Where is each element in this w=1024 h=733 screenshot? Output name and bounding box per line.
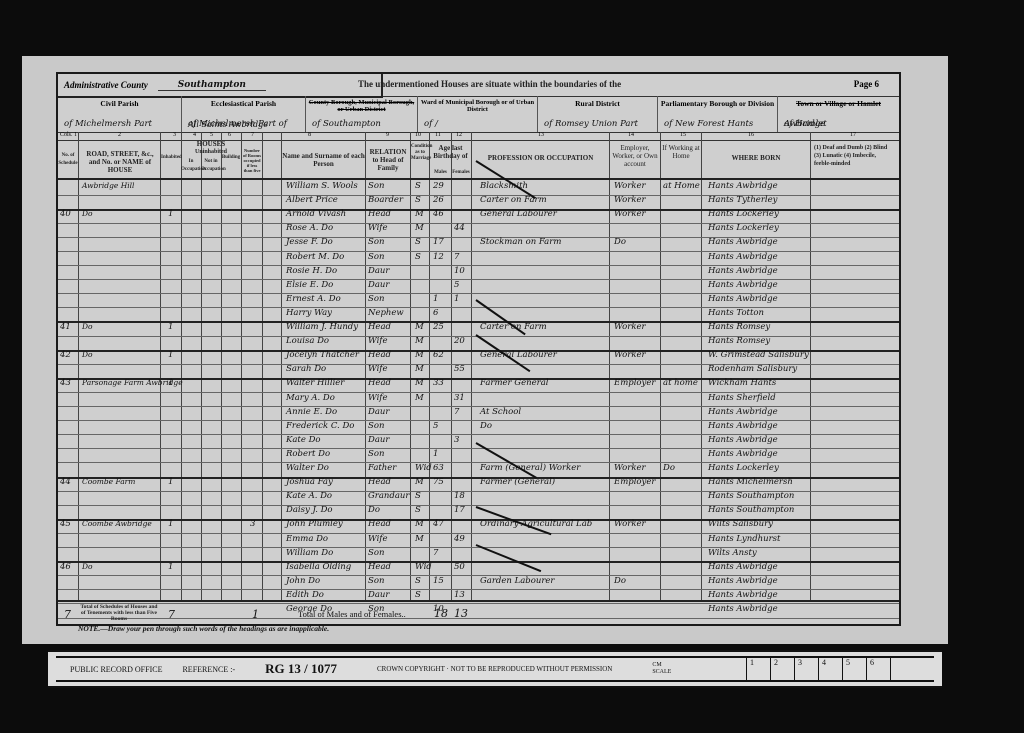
- relation-to-head: Daur: [368, 590, 389, 600]
- relation-to-head: Head: [368, 322, 391, 332]
- person-name: Jesse F. Do: [286, 237, 333, 247]
- cm-scale: 1 2 3 4 5 6: [746, 658, 934, 680]
- male-age: 12: [433, 252, 444, 262]
- employment-status: Worker: [614, 322, 646, 332]
- reference-number: RG 13 / 1077: [265, 661, 337, 677]
- marital-condition: M: [415, 350, 424, 360]
- employment-status: Worker: [614, 463, 646, 473]
- schedule-number: 44: [60, 477, 71, 487]
- male-age: 62: [433, 350, 444, 360]
- relation-to-head: Father: [368, 463, 396, 473]
- person-name: Robert M. Do: [286, 252, 344, 262]
- header-working-home: If Working at Home: [661, 144, 701, 160]
- relation-to-head: Head: [368, 477, 391, 487]
- relation-to-head: Daur: [368, 407, 389, 417]
- relation-to-head: Nephew: [368, 308, 404, 318]
- birthplace: Hants Romsey: [708, 336, 770, 346]
- birthplace: Hants Awbridge: [708, 562, 778, 572]
- employment-status: Employer: [614, 477, 655, 487]
- birthplace: Wilts Salisbury: [708, 519, 773, 529]
- marital-condition: S: [415, 576, 421, 586]
- birthplace: Hants Awbridge: [708, 266, 778, 276]
- birthplace: Hants Awbridge: [708, 421, 778, 431]
- birthplace: Hants Awbridge: [708, 435, 778, 445]
- employment-status: Employer: [614, 378, 655, 388]
- female-age: 17: [454, 505, 465, 515]
- header-inhabited: Inhabited: [161, 154, 181, 162]
- parliamentary-division-cell: Parliamentary Borough or Division of New…: [658, 96, 778, 132]
- employment-status: Do: [614, 237, 626, 247]
- person-name: Arnold Vivash: [286, 209, 346, 219]
- relation-to-head: Do: [368, 505, 380, 515]
- occupation: Carter on Farm: [480, 195, 547, 205]
- birthplace: Hants Awbridge: [708, 237, 778, 247]
- ecclesiastical-parish-value-2: of Michelmersh Part of: [188, 119, 287, 129]
- male-age: 17: [433, 237, 444, 247]
- person-name: John Do: [286, 576, 320, 586]
- female-age: 7: [454, 407, 459, 417]
- occupation: Stockman on Farm: [480, 237, 561, 247]
- col-num: 12: [456, 132, 462, 138]
- header-houses: HOUSES: [161, 140, 261, 148]
- header-employer: Employer, Worker, or Own account: [610, 144, 660, 168]
- person-name: Elsie E. Do: [286, 280, 333, 290]
- town-hamlet-label: Town or Village or Hamlet: [778, 99, 899, 108]
- col-num: 3: [173, 132, 176, 138]
- birthplace: Hants Lockerley: [708, 209, 779, 219]
- col-num: 6: [228, 132, 231, 138]
- column-headers: No. of Schedule ROAD, STREET, &c., and N…: [58, 140, 899, 180]
- scale-mark: 5: [842, 658, 866, 680]
- col-num: 8: [308, 132, 311, 138]
- person-name: Jocelyn Thatcher: [286, 350, 359, 360]
- relation-to-head: Son: [368, 181, 384, 191]
- marital-condition: Wid: [415, 562, 432, 572]
- ecclesiastical-parish-label: Ecclesiastical Parish: [182, 99, 305, 108]
- cm-scale-label: CM SCALE: [652, 662, 674, 676]
- female-age: 1: [454, 294, 459, 304]
- scale-mark: 4: [818, 658, 842, 680]
- male-age: 47: [433, 519, 444, 529]
- birthplace: Hants Awbridge: [708, 407, 778, 417]
- birthplace: Hants Awbridge: [708, 181, 778, 191]
- person-name: Rosie H. Do: [286, 266, 337, 276]
- form-title-row: Administrative County Southampton The un…: [58, 74, 899, 97]
- female-age: 3: [454, 435, 459, 445]
- male-age: 25: [433, 322, 444, 332]
- marital-condition: M: [415, 336, 424, 346]
- relation-to-head: Wife: [368, 336, 387, 346]
- schedule-number: 46: [60, 562, 71, 572]
- marital-condition: M: [415, 322, 424, 332]
- female-age: 5: [454, 280, 459, 290]
- person-name: Edith Do: [286, 590, 324, 600]
- road-name: Coombe Awbridge: [82, 519, 152, 528]
- male-age: 6: [433, 308, 438, 318]
- relation-to-head: Son: [368, 576, 384, 586]
- marital-condition: S: [415, 252, 421, 262]
- header-name: Name and Surname of each Person: [282, 152, 365, 168]
- birthplace: Hants Awbridge: [708, 576, 778, 586]
- occupation: General Labourer: [480, 209, 557, 219]
- occupation: Garden Labourer: [480, 576, 554, 586]
- form-note: NOTE.—Draw your pen through such words o…: [78, 624, 329, 633]
- relation-to-head: Son: [368, 449, 384, 459]
- birthplace: Wickham Hants: [708, 378, 776, 388]
- person-name: Walter Hillier: [286, 378, 344, 388]
- ward-value: of /: [424, 119, 438, 129]
- person-name: Albert Price: [286, 195, 338, 205]
- birthplace: Rodenham Salisbury: [708, 364, 797, 374]
- male-age: 29: [433, 181, 444, 191]
- male-age: 46: [433, 209, 444, 219]
- female-age: 18: [454, 491, 465, 501]
- office-name: PUBLIC RECORD OFFICE: [70, 665, 162, 674]
- marital-condition: S: [415, 181, 421, 191]
- header-not-in-occupation: Not in Occupation: [201, 158, 221, 174]
- ecclesiastical-parish-cell: Ecclesiastical Parish All Saints Awbridg…: [182, 96, 306, 132]
- male-age: 15: [433, 576, 444, 586]
- female-age: 55: [454, 364, 465, 374]
- relation-to-head: Wife: [368, 534, 387, 544]
- birthplace: Hants Lockerley: [708, 223, 779, 233]
- reference-label: REFERENCE :-: [182, 665, 235, 674]
- total-schedules: 7: [64, 608, 71, 621]
- birthplace: Hants Totton: [708, 308, 764, 318]
- marital-condition: S: [415, 491, 421, 501]
- birthplace: Hants Awbridge: [708, 294, 778, 304]
- col-num: 9: [386, 132, 389, 138]
- relation-to-head: Wife: [368, 223, 387, 233]
- road-name: Coombe Farm: [82, 477, 135, 486]
- civil-parish-value: of Michelmersh Part: [64, 119, 152, 129]
- female-age: 31: [454, 393, 465, 403]
- scale-mark: 3: [794, 658, 818, 680]
- person-name: Kate Do: [286, 435, 321, 445]
- birthplace: Hants Romsey: [708, 322, 770, 332]
- person-name: Rose A. Do: [286, 223, 333, 233]
- employment-status: Worker: [614, 195, 646, 205]
- birthplace: Hants Awbridge: [708, 590, 778, 600]
- col-num: 14: [628, 132, 634, 138]
- col-num: 15: [680, 132, 686, 138]
- relation-to-head: Wife: [368, 393, 387, 403]
- person-name: Sarah Do: [286, 364, 326, 374]
- relation-to-head: Daur: [368, 435, 389, 445]
- scale-mark: 1: [746, 658, 770, 680]
- administrative-county-label: Administrative County: [64, 80, 148, 90]
- person-name: Isabella Olding: [286, 562, 351, 572]
- parliamentary-division-label: Parliamentary Borough or Division: [658, 99, 777, 108]
- female-age: 49: [454, 534, 465, 544]
- administrative-county-value: Southampton: [158, 80, 266, 91]
- person-name: William Do: [286, 548, 333, 558]
- person-name: Frederick C. Do: [286, 421, 354, 431]
- col-num: 10: [415, 132, 421, 138]
- marital-condition: S: [415, 237, 421, 247]
- inhabited-count: 1: [168, 519, 173, 529]
- relation-to-head: Head: [368, 350, 391, 360]
- road-name: Do: [82, 562, 93, 571]
- ward-cell: Ward of Municipal Borough or of Urban Di…: [418, 96, 538, 132]
- occupation: Farmer (General): [480, 477, 555, 487]
- occupation: Farmer General: [480, 378, 548, 388]
- archive-footer: PUBLIC RECORD OFFICE REFERENCE :- RG 13 …: [48, 650, 942, 688]
- female-age: 13: [454, 590, 465, 600]
- birthplace: Hants Awbridge: [708, 252, 778, 262]
- county-borough-value: of Southampton: [312, 119, 381, 129]
- person-name: Harry Way: [286, 308, 332, 318]
- total-inhabited: 7: [168, 608, 175, 621]
- male-age: 1: [433, 449, 438, 459]
- marital-condition: Wid: [415, 463, 432, 473]
- header-in-occupation: In Occupation: [181, 158, 201, 174]
- road-name: Do: [82, 322, 93, 331]
- col-num: 17: [850, 132, 856, 138]
- header-building: Building: [221, 154, 241, 162]
- col-num: Cols. 1: [60, 132, 77, 138]
- working-at-home: at home: [663, 378, 698, 388]
- birthplace: Wilts Ansty: [708, 548, 757, 558]
- inhabited-count: 1: [168, 322, 173, 332]
- person-name: John Plumley: [286, 519, 343, 529]
- marital-condition: M: [415, 223, 424, 233]
- scale-end: [890, 658, 934, 680]
- parliamentary-division-value: of New Forest Hants: [664, 119, 753, 129]
- employment-status: Worker: [614, 209, 646, 219]
- marital-condition: M: [415, 209, 424, 219]
- marital-condition: S: [415, 505, 421, 515]
- schedule-number: 41: [60, 322, 71, 332]
- female-age: 44: [454, 223, 465, 233]
- boundaries-row: Civil Parish of Michelmersh Part Ecclesi…: [58, 96, 899, 133]
- copyright-notice: CROWN COPYRIGHT · NOT TO BE REPRODUCED W…: [377, 665, 612, 673]
- marital-condition: M: [415, 477, 424, 487]
- person-name: Ernest A. Do: [286, 294, 341, 304]
- marital-condition: S: [415, 590, 421, 600]
- total-schedules-label: Total of Schedules of Houses and of Tene…: [80, 604, 158, 622]
- relation-to-head: Head: [368, 378, 391, 388]
- male-age: 33: [433, 378, 444, 388]
- relation-to-head: Boarder: [368, 195, 403, 205]
- person-name: Daisy J. Do: [286, 505, 333, 515]
- ward-label: Ward of Municipal Borough or of Urban Di…: [418, 99, 537, 113]
- col-num: 7: [251, 132, 254, 138]
- relation-to-head: Son: [368, 548, 384, 558]
- header-schedule: No. of Schedule: [58, 152, 78, 168]
- birthplace: Hants Michelmersh: [708, 477, 793, 487]
- col-num: 5: [210, 132, 213, 138]
- person-name: Robert Do: [286, 449, 330, 459]
- male-age: 5: [433, 421, 438, 431]
- total-rooms: 1: [252, 608, 259, 621]
- birthplace: Hants Sherfield: [708, 393, 776, 403]
- header-males: Males: [430, 169, 451, 177]
- header-occupation: PROFESSION OR OCCUPATION: [472, 154, 609, 162]
- person-name: Emma Do: [286, 534, 328, 544]
- census-form: Administrative County Southampton The un…: [56, 72, 901, 626]
- relation-to-head: Son: [368, 237, 384, 247]
- road-name: Do: [82, 209, 93, 218]
- working-at-home: at Home: [663, 181, 700, 191]
- person-name: William S. Wools: [286, 181, 358, 191]
- header-age: Age last Birthday of: [430, 144, 471, 160]
- scale-mark: 2: [770, 658, 794, 680]
- header-females: Females: [451, 169, 471, 177]
- birthplace: Hants Awbridge: [708, 449, 778, 459]
- header-infirmity: (1) Deaf and Dumb (2) Blind (3) Lunatic …: [814, 144, 894, 168]
- schedule-number: 42: [60, 350, 71, 360]
- person-name: Walter Do: [286, 463, 329, 473]
- inhabited-count: 1: [168, 209, 173, 219]
- rural-district-cell: Rural District of Romsey Union Part: [538, 96, 658, 132]
- totals-row: 7 Total of Schedules of Houses and of Te…: [58, 600, 899, 626]
- total-males-females-label: Total of Males and of Females..: [298, 609, 406, 619]
- birthplace: Hants Southampton: [708, 491, 794, 501]
- birthplace: Hants Lyndhurst: [708, 534, 780, 544]
- total-males: 18: [434, 607, 448, 620]
- intro-text: The undermentioned Houses are situate wi…: [358, 79, 621, 89]
- marital-condition: M: [415, 364, 424, 374]
- county-borough-label: County Borough, Municipal Borough, or Ur…: [306, 99, 417, 113]
- occupation: General Labourer: [480, 350, 557, 360]
- employment-status: Do: [614, 576, 626, 586]
- col-num: 4: [193, 132, 196, 138]
- female-age: 20: [454, 336, 465, 346]
- total-females: 13: [454, 607, 468, 620]
- inhabited-count: 1: [168, 477, 173, 487]
- marital-condition: M: [415, 393, 424, 403]
- road-name: Do: [82, 350, 93, 359]
- occupation: Farm (General) Worker: [480, 463, 580, 473]
- occupation: At School: [480, 407, 521, 417]
- marital-condition: S: [415, 195, 421, 205]
- employment-status: Worker: [614, 181, 646, 191]
- col-num: 11: [435, 132, 441, 138]
- header-road: ROAD, STREET, &c., and No. or NAME of HO…: [80, 150, 160, 174]
- schedule-number: 45: [60, 519, 71, 529]
- civil-parish-cell: Civil Parish of Michelmersh Part: [58, 96, 182, 132]
- marital-condition: M: [415, 378, 424, 388]
- footer-strip: PUBLIC RECORD OFFICE REFERENCE :- RG 13 …: [56, 656, 934, 682]
- relation-to-head: Daur: [368, 266, 389, 276]
- relation-to-head: Wife: [368, 364, 387, 374]
- employment-status: Worker: [614, 519, 646, 529]
- relation-to-head: Son: [368, 294, 384, 304]
- relation-to-head: Daur: [368, 280, 389, 290]
- relation-to-head: Head: [368, 209, 391, 219]
- page-number: Page 6: [854, 79, 879, 89]
- relation-to-head: Son: [368, 252, 384, 262]
- scale-mark: 6: [866, 658, 890, 680]
- relation-to-head: Son: [368, 421, 384, 431]
- person-name: Kate A. Do: [286, 491, 332, 501]
- relation-to-head: Head: [368, 562, 391, 572]
- rural-district-value: of Romsey Union Part: [544, 119, 638, 129]
- administrative-county-box: Administrative County Southampton: [58, 74, 383, 98]
- person-name: Mary A. Do: [286, 393, 335, 403]
- town-hamlet-cell: Town or Village or Hamlet Awbridge of Ha…: [778, 96, 899, 132]
- male-age: 75: [433, 477, 444, 487]
- male-age: 26: [433, 195, 444, 205]
- male-age: 7: [433, 548, 438, 558]
- header-where-born: WHERE BORN: [702, 154, 810, 162]
- col-num: 16: [748, 132, 754, 138]
- inhabited-count: 1: [168, 350, 173, 360]
- schedule-number: 40: [60, 209, 71, 219]
- col-num: 2: [118, 132, 121, 138]
- person-name: Joshua Fay: [286, 477, 333, 487]
- rooms-count: 3: [250, 519, 255, 529]
- header-rooms: Number of Rooms occupied if less than fi…: [242, 148, 262, 173]
- marital-condition: M: [415, 534, 424, 544]
- male-age: 1: [433, 294, 438, 304]
- female-age: 7: [454, 252, 459, 262]
- employment-status: Worker: [614, 350, 646, 360]
- header-condition: Condition as to Marriage: [411, 144, 429, 162]
- schedule-number: 43: [60, 378, 71, 388]
- person-name: Louisa Do: [286, 336, 329, 346]
- birthplace: Hants Awbridge: [708, 280, 778, 290]
- road-name: Awbridge Hill: [82, 181, 134, 190]
- marital-condition: M: [415, 519, 424, 529]
- female-age: 50: [454, 562, 465, 572]
- working-at-home: Do: [663, 463, 675, 473]
- header-relation: RELATION to Head of Family: [366, 148, 410, 172]
- birthplace: Hants Lockerley: [708, 463, 779, 473]
- relation-to-head: Grandaur: [368, 491, 409, 501]
- person-name: William J. Hundy: [286, 322, 358, 332]
- birthplace: W. Grimstead Salisbury: [708, 350, 809, 360]
- county-borough-cell: County Borough, Municipal Borough, or Ur…: [306, 96, 418, 132]
- female-age: 10: [454, 266, 465, 276]
- birthplace: Hants Southampton: [708, 505, 794, 515]
- inhabited-count: 1: [168, 562, 173, 572]
- relation-to-head: Head: [368, 519, 391, 529]
- town-hamlet-value-2: of Hamlet: [784, 119, 827, 129]
- rural-district-label: Rural District: [538, 99, 657, 108]
- occupation: Do: [480, 421, 492, 431]
- col-num: 13: [538, 132, 544, 138]
- birthplace: Hants Tytherley: [708, 195, 777, 205]
- male-age: 63: [433, 463, 444, 473]
- person-name: Annie E. Do: [286, 407, 337, 417]
- inhabited-count: 1: [168, 378, 173, 388]
- civil-parish-label: Civil Parish: [58, 99, 181, 108]
